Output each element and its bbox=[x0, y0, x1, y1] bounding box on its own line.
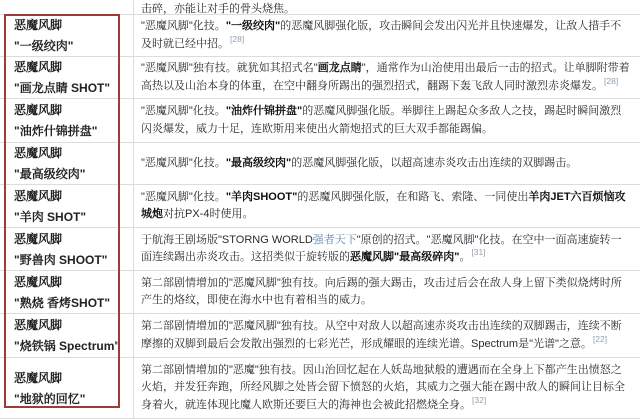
technique-description: "恶魔风脚"化技。"一级绞肉"的恶魔风脚强化版，攻击瞬间会发出闪光并且快速爆发，… bbox=[141, 18, 632, 53]
desc-text: 的恶魔风脚强化版，以超高速赤炎攻击出连续的双脚踢击。 bbox=[291, 157, 577, 169]
technique-variant-name: "羊肉 SHOT" bbox=[14, 208, 129, 226]
technique-description: "恶魔风脚"化技。"油炸什锦拼盘"的恶魔风脚强化版。举脚往上踢起众多敌人之技，踢… bbox=[141, 103, 632, 138]
wiki-article-table: 击碎，亦能让对手的骨头烧焦。 恶魔风脚"一级绞肉""恶魔风脚"化技。"一级绞肉"… bbox=[0, 0, 640, 419]
desc-text: 于航海王剧场版"STORNG WORLD bbox=[141, 234, 313, 246]
technique-name-cell: 恶魔风脚"野兽肉 SHOOT" bbox=[0, 228, 133, 270]
table-row: 恶魔风脚"最高级绞肉""恶魔风脚"化技。"最高级绞肉"的恶魔风脚强化版，以超高速… bbox=[0, 143, 640, 185]
desc-text: 第二部剧情增加的"恶魔"独有技。因山治回忆起在人妖岛地狱般的遭遇而在全身上下都产… bbox=[141, 364, 625, 411]
technique-name-cell: 恶魔风脚"油炸什锦拼盘" bbox=[0, 99, 133, 142]
technique-description: "恶魔风脚"独有技。就犹如其招式名"画龙点睛"，通常作为山治使用出最后一击的招式… bbox=[141, 60, 632, 95]
citation-ref[interactable]: [28] bbox=[604, 76, 618, 86]
technique-name-cell: 恶魔风脚"一级绞肉" bbox=[0, 15, 133, 56]
table-row: 恶魔风脚"一级绞肉""恶魔风脚"化技。"一级绞肉"的恶魔风脚强化版，攻击瞬间会发… bbox=[0, 15, 640, 57]
technique-base-name: 恶魔风脚 bbox=[14, 369, 129, 387]
desc-text: "最高级绞肉" bbox=[226, 157, 291, 169]
technique-description-cell: 于航海王剧场版"STORNG WORLD强者天下"原创的招式。"恶魔风脚"化技。… bbox=[133, 228, 640, 270]
technique-base-name: 恶魔风脚 bbox=[14, 273, 129, 291]
technique-base-name: 恶魔风脚 bbox=[14, 187, 129, 205]
citation-ref[interactable]: [28] bbox=[230, 34, 244, 44]
citation-ref[interactable]: [22] bbox=[593, 334, 607, 344]
technique-name-cell: 恶魔风脚"地狱的回忆" bbox=[0, 358, 133, 418]
technique-base-name: 恶魔风脚 bbox=[14, 316, 129, 334]
table-row: 恶魔风脚"画龙点睛 SHOT""恶魔风脚"独有技。就犹如其招式名"画龙点睛"，通… bbox=[0, 57, 640, 99]
table-row: 恶魔风脚"油炸什锦拼盘""恶魔风脚"化技。"油炸什锦拼盘"的恶魔风脚强化版。举脚… bbox=[0, 99, 640, 143]
citation-ref[interactable]: [31] bbox=[471, 247, 485, 257]
desc-text: "羊肉SHOOT" bbox=[226, 191, 298, 203]
technique-name-cell: 恶魔风脚"熟烧 香烤SHOT" bbox=[0, 271, 133, 313]
technique-description: "恶魔风脚"化技。"羊肉SHOOT"的恶魔风脚强化版，在和路飞、索隆、一同使出羊… bbox=[141, 189, 632, 224]
technique-description-cell: "恶魔风脚"化技。"最高级绞肉"的恶魔风脚强化版，以超高速赤炎攻击出连续的双脚踢… bbox=[133, 143, 640, 184]
technique-variant-name: "最高级绞肉" bbox=[14, 165, 129, 183]
technique-base-name: 恶魔风脚 bbox=[14, 58, 129, 76]
desc-text: 恶魔风脚"最高级碎肉" bbox=[350, 251, 459, 263]
desc-text: 画龙点睛 bbox=[318, 62, 362, 74]
table-row: 恶魔风脚"羊肉 SHOT""恶魔风脚"化技。"羊肉SHOOT"的恶魔风脚强化版，… bbox=[0, 185, 640, 228]
technique-rows: 恶魔风脚"一级绞肉""恶魔风脚"化技。"一级绞肉"的恶魔风脚强化版，攻击瞬间会发… bbox=[0, 15, 640, 419]
partial-description-cell: 击碎，亦能让对手的骨头烧焦。 bbox=[133, 0, 640, 14]
desc-text: "恶魔风脚"独有技。就犹如其招式名" bbox=[141, 62, 318, 74]
technique-description-cell: "恶魔风脚"独有技。就犹如其招式名"画龙点睛"，通常作为山治使用出最后一击的招式… bbox=[133, 57, 640, 98]
technique-description-cell: "恶魔风脚"化技。"一级绞肉"的恶魔风脚强化版，攻击瞬间会发出闪光并且快速爆发，… bbox=[133, 15, 640, 56]
technique-description-cell: 第二部剧情增加的"恶魔"独有技。因山治回忆起在人妖岛地狱般的遭遇而在全身上下都产… bbox=[133, 358, 640, 418]
technique-variant-name: "画龙点睛 SHOT" bbox=[14, 79, 129, 97]
technique-description-cell: 第二部剧情增加的"恶魔风脚"独有技。从空中对敌人以超高速赤炎攻击出连续的双脚踢击… bbox=[133, 314, 640, 357]
desc-text: "恶魔风脚"化技。 bbox=[141, 20, 226, 32]
technique-description-cell: 第二部剧情增加的"恶魔风脚"独有技。向后踢的强大踢击，攻击过后会在敌人身上留下类… bbox=[133, 271, 640, 313]
technique-variant-name: "烧铁锅 Spectrum" bbox=[14, 337, 129, 355]
technique-name-cell: 恶魔风脚"羊肉 SHOT" bbox=[0, 185, 133, 227]
inline-link[interactable]: 强者天下 bbox=[313, 234, 357, 246]
technique-description: 第二部剧情增加的"恶魔风脚"独有技。从空中对敌人以超高速赤炎攻击出连续的双脚踢击… bbox=[141, 318, 632, 353]
desc-text: "恶魔风脚"化技。 bbox=[141, 105, 226, 117]
empty-name-cell bbox=[0, 0, 133, 14]
desc-text: "恶魔风脚"化技。 bbox=[141, 157, 226, 169]
citation-ref[interactable]: [32] bbox=[472, 395, 486, 405]
table-row: 恶魔风脚"野兽肉 SHOOT"于航海王剧场版"STORNG WORLD强者天下"… bbox=[0, 228, 640, 271]
desc-text: 对抗PX-4时使用。 bbox=[163, 208, 253, 220]
technique-name-cell: 恶魔风脚"烧铁锅 Spectrum" bbox=[0, 314, 133, 357]
technique-name-cell: 恶魔风脚"最高级绞肉" bbox=[0, 143, 133, 184]
technique-base-name: 恶魔风脚 bbox=[14, 144, 129, 162]
technique-variant-name: "一级绞肉" bbox=[14, 37, 129, 55]
technique-description: 第二部剧情增加的"恶魔风脚"独有技。向后踢的强大踢击，攻击过后会在敌人身上留下类… bbox=[141, 275, 632, 310]
technique-description: 于航海王剧场版"STORNG WORLD强者天下"原创的招式。"恶魔风脚"化技。… bbox=[141, 232, 632, 267]
technique-variant-name: "熟烧 香烤SHOT" bbox=[14, 294, 129, 312]
desc-text: "一级绞肉" bbox=[226, 20, 280, 32]
desc-text: 第二部剧情增加的"恶魔风脚"独有技。向后踢的强大踢击，攻击过后会在敌人身上留下类… bbox=[141, 277, 622, 307]
table-row: 恶魔风脚"烧铁锅 Spectrum"第二部剧情增加的"恶魔风脚"独有技。从空中对… bbox=[0, 314, 640, 358]
desc-text: "恶魔风脚"化技。 bbox=[141, 191, 226, 203]
technique-variant-name: "野兽肉 SHOOT" bbox=[14, 251, 129, 269]
technique-description-cell: "恶魔风脚"化技。"羊肉SHOOT"的恶魔风脚强化版，在和路飞、索隆、一同使出羊… bbox=[133, 185, 640, 227]
desc-text: "油炸什锦拼盘" bbox=[226, 105, 302, 117]
technique-description: "恶魔风脚"化技。"最高级绞肉"的恶魔风脚强化版，以超高速赤炎攻击出连续的双脚踢… bbox=[141, 155, 632, 173]
techniques-table: 击碎，亦能让对手的骨头烧焦。 恶魔风脚"一级绞肉""恶魔风脚"化技。"一级绞肉"… bbox=[0, 0, 640, 419]
technique-variant-name: "地狱的回忆" bbox=[14, 390, 129, 408]
previous-row-tail: 击碎，亦能让对手的骨头烧焦。 bbox=[0, 0, 640, 15]
technique-description: 第二部剧情增加的"恶魔"独有技。因山治回忆起在人妖岛地狱般的遭遇而在全身上下都产… bbox=[141, 362, 632, 415]
technique-base-name: 恶魔风脚 bbox=[14, 101, 129, 119]
technique-description-cell: "恶魔风脚"化技。"油炸什锦拼盘"的恶魔风脚强化版。举脚往上踢起众多敌人之技，踢… bbox=[133, 99, 640, 142]
desc-text: 。 bbox=[459, 251, 470, 263]
technique-base-name: 恶魔风脚 bbox=[14, 16, 129, 34]
technique-variant-name: "油炸什锦拼盘" bbox=[14, 122, 129, 140]
table-row: 恶魔风脚"地狱的回忆"第二部剧情增加的"恶魔"独有技。因山治回忆起在人妖岛地狱般… bbox=[0, 358, 640, 419]
desc-text: 第二部剧情增加的"恶魔风脚"独有技。从空中对敌人以超高速赤炎攻击出连续的双脚踢击… bbox=[141, 320, 622, 350]
technique-base-name: 恶魔风脚 bbox=[14, 230, 129, 248]
desc-text: 的恶魔风脚强化版，在和路飞、索隆、一同使出 bbox=[297, 191, 528, 203]
table-row: 恶魔风脚"熟烧 香烤SHOT"第二部剧情增加的"恶魔风脚"独有技。向后踢的强大踢… bbox=[0, 271, 640, 314]
technique-name-cell: 恶魔风脚"画龙点睛 SHOT" bbox=[0, 57, 133, 98]
